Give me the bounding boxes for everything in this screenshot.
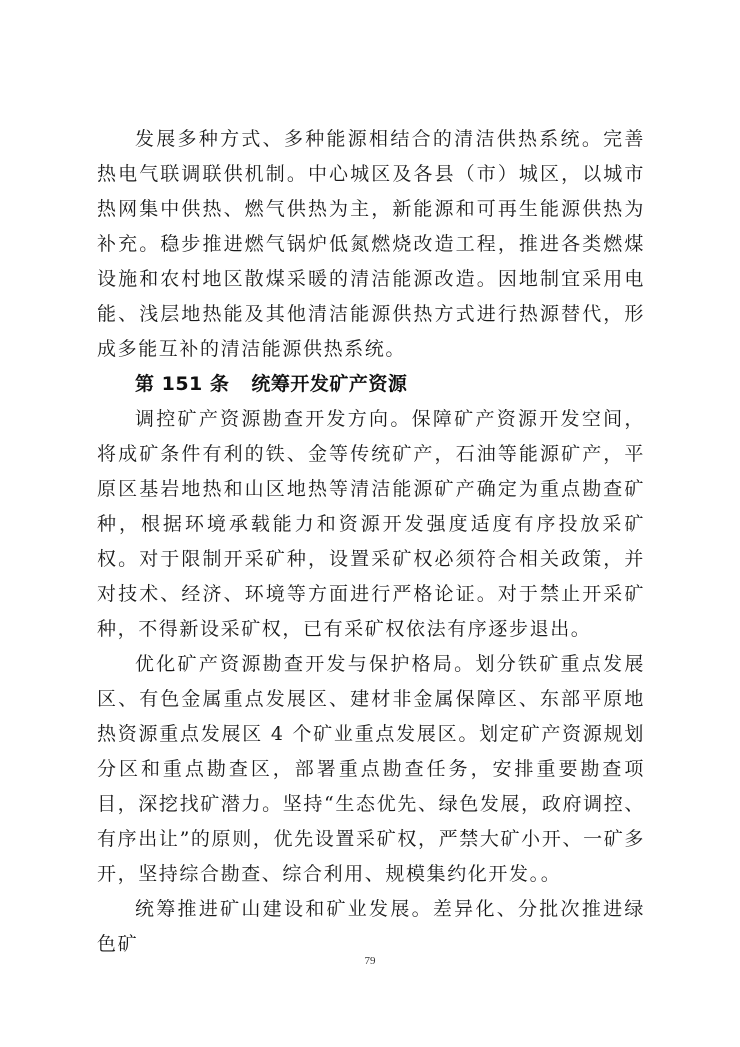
page-body: 发展多种方式、多种能源相结合的清洁供热系统。完善热电气联调联供机制。中心城区及各…	[97, 122, 645, 962]
page-number: 79	[0, 955, 740, 967]
section-heading: 第 151 条统筹开发矿产资源	[97, 367, 645, 402]
section-title: 统筹开发矿产资源	[251, 373, 407, 395]
section-number: 第 151 条	[135, 373, 229, 395]
paragraph-mine-construction: 统筹推进矿山建设和矿业发展。差异化、分批次推进绿色矿	[97, 892, 645, 962]
document-page: 发展多种方式、多种能源相结合的清洁供热系统。完善热电气联调联供机制。中心城区及各…	[0, 0, 740, 1047]
paragraph-clean-heating: 发展多种方式、多种能源相结合的清洁供热系统。完善热电气联调联供机制。中心城区及各…	[97, 122, 645, 367]
paragraph-mineral-direction: 调控矿产资源勘查开发方向。保障矿产资源开发空间，将成矿条件有利的铁、金等传统矿产…	[97, 402, 645, 647]
paragraph-mineral-pattern: 优化矿产资源勘查开发与保护格局。划分铁矿重点发展区、有色金属重点发展区、建材非金…	[97, 647, 645, 892]
